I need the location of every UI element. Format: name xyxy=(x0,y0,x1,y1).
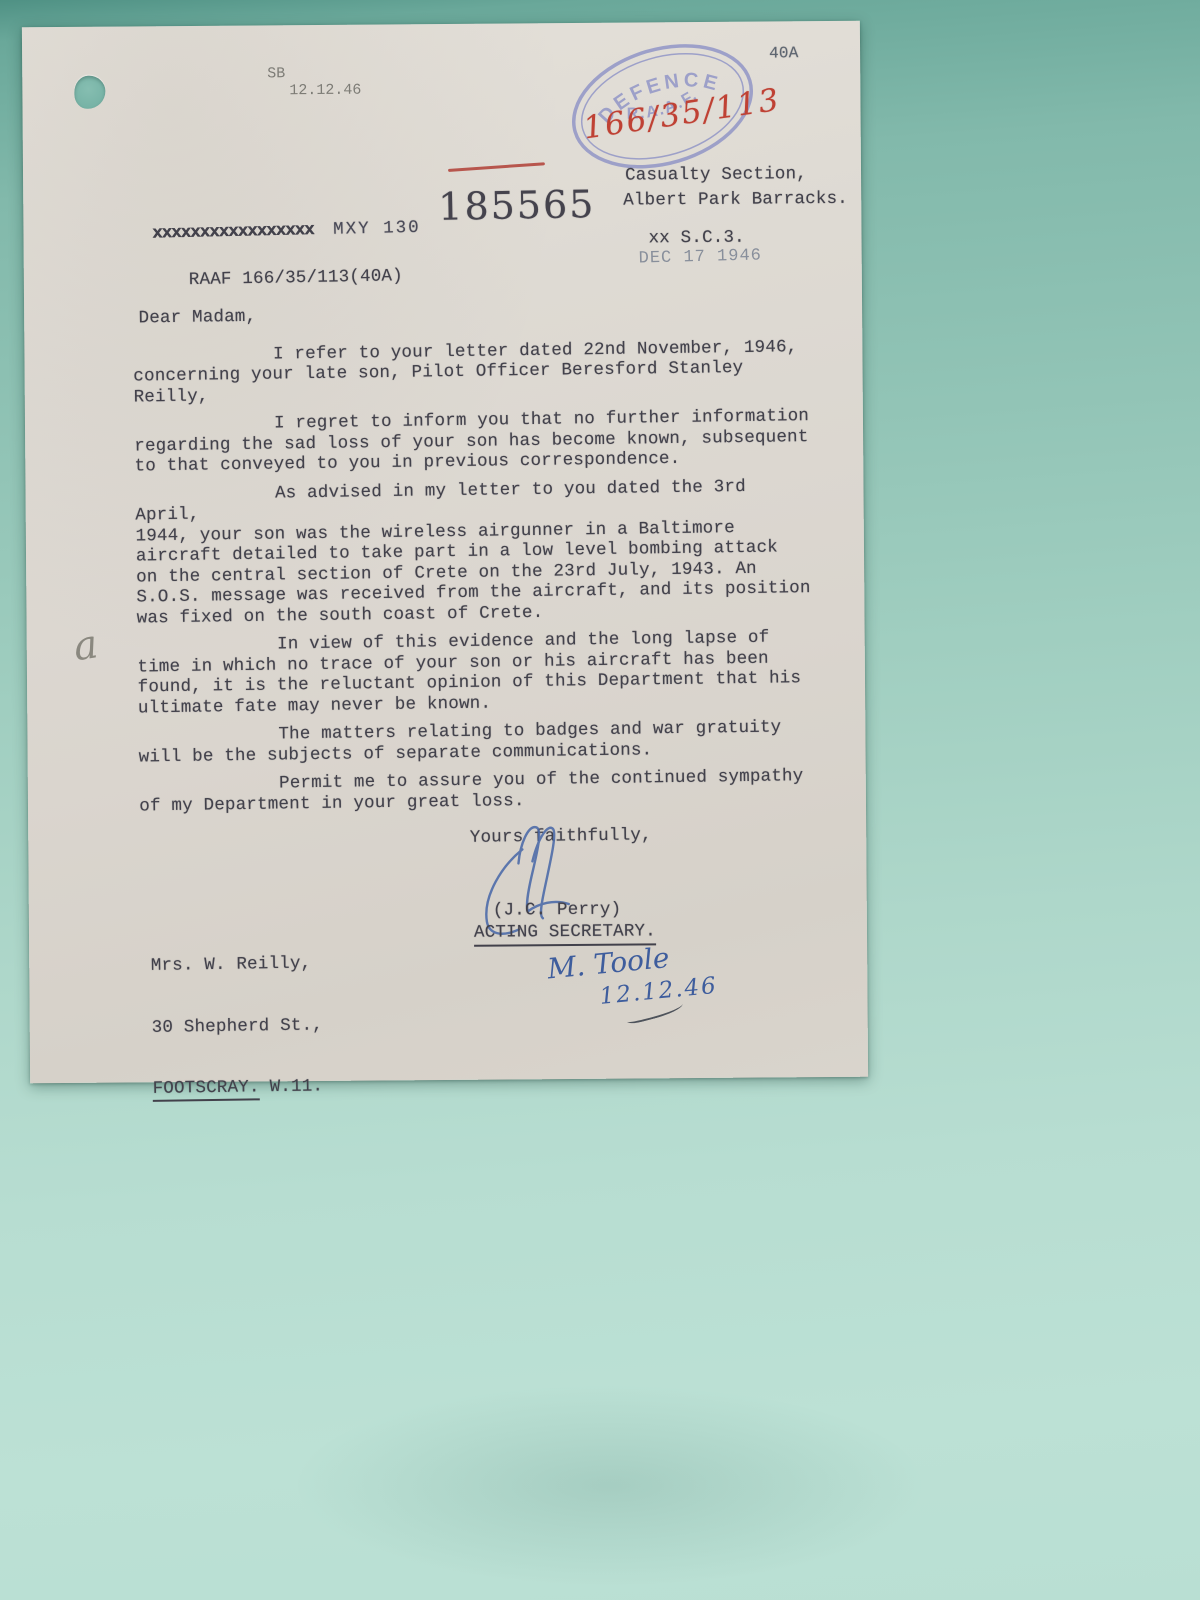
letterhead-section: Casualty Section, xyxy=(625,164,807,186)
letter-paragraph: I refer to your letter dated 22nd Novemb… xyxy=(133,337,810,408)
recipient-city: FOOTSCRAY. xyxy=(152,1077,259,1102)
recipient-street: 30 Shepherd St., xyxy=(152,1015,324,1038)
serial-number-stamp: 185565 xyxy=(438,182,596,229)
letter-paragraph: I regret to inform you that no further i… xyxy=(134,406,811,477)
signature-stroke xyxy=(518,827,540,911)
letter-paragraph: In view of this evidence and the long la… xyxy=(137,627,814,718)
letter-paragraph: Permit me to assure you of the continued… xyxy=(139,766,816,816)
registry-code-line: xxxxxxxxxxxxxxxxxMXY 130 xyxy=(87,197,422,266)
letter-paragraph: The matters relating to badges and war g… xyxy=(138,717,815,767)
signatory-title: ACTING SECRETARY. xyxy=(474,921,656,946)
pencil-initials: SB xyxy=(267,65,285,82)
recipient-address: Mrs. W. Reilly, 30 Shepherd St., FOOTSCR… xyxy=(150,912,325,1140)
crossed-out-text: xxxxxxxxxxxxxxxxx xyxy=(151,220,313,244)
letter-body: Dear Madam, I refer to your letter dated… xyxy=(132,299,816,853)
letter-paper: SB 12.12.46 40A DEFENCE R.A.A.F. 166/35/… xyxy=(22,21,868,1084)
red-pen-mark xyxy=(448,162,545,172)
file-reference: RAAF 166/35/113(40A) xyxy=(189,266,403,290)
page-reference: 40A xyxy=(769,43,799,64)
salutation: Dear Madam, xyxy=(132,299,808,329)
margin-pencil-letter: a xyxy=(70,621,100,670)
letterhead-section-ref: xx S.C.3. xyxy=(648,228,744,249)
registry-code: MXY 130 xyxy=(333,217,421,239)
letter-paragraph: As advised in my letter to you dated the… xyxy=(135,476,813,629)
received-date-stamp: DEC 17 1946 xyxy=(638,246,762,270)
pencil-date: 12.12.46 xyxy=(289,82,361,100)
letter-paragraphs: I refer to your letter dated 22nd Novemb… xyxy=(133,337,816,817)
recipient-name: Mrs. W. Reilly, xyxy=(151,953,323,976)
scanned-letter-photo: SB 12.12.46 40A DEFENCE R.A.A.F. 166/35/… xyxy=(0,0,1200,1600)
punch-hole xyxy=(74,76,105,109)
background-shadow-smudge xyxy=(280,1380,940,1590)
letterhead-address: Albert Park Barracks. xyxy=(623,189,848,211)
recipient-city-line: FOOTSCRAY.W.11. xyxy=(152,1076,324,1099)
signatory-name: (J.C. Perry) xyxy=(493,900,622,922)
recipient-postal: W.11. xyxy=(270,1076,324,1097)
